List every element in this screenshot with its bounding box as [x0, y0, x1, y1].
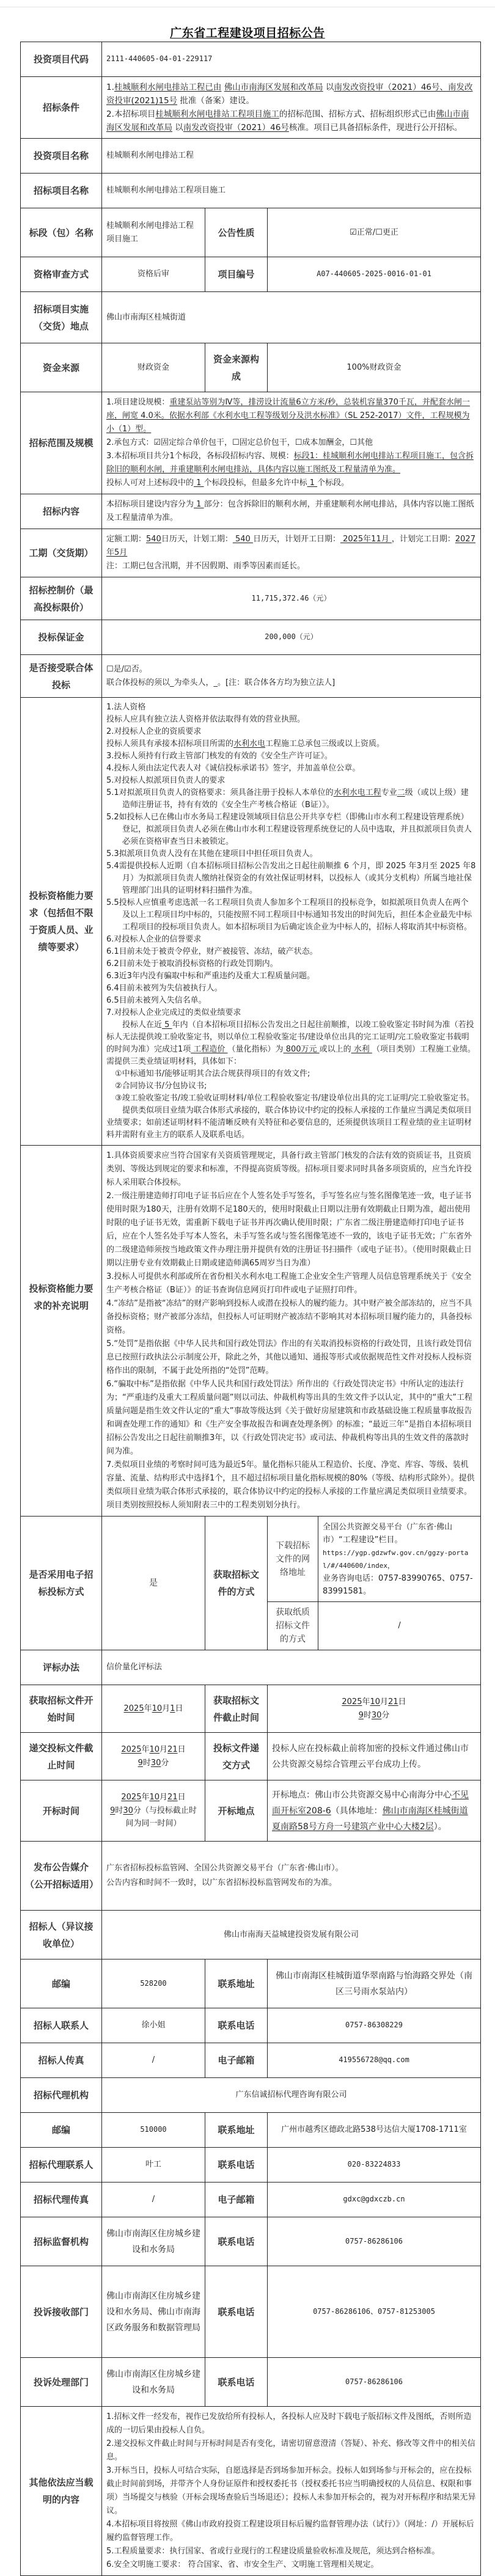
- value-complaint-recv-phone: 0757-86286106、0757-81253005: [268, 2266, 481, 2358]
- label-download-url: 下载招标文件的网络地址: [268, 1517, 318, 1602]
- row-other: 其他依法应当载明的内容 1.招标文件一经发布，视作已发放给所有投标人，各投标人应…: [21, 2407, 481, 2576]
- value-tender-name: 桂城顺利水闸电排站工程项目施工: [102, 174, 481, 208]
- value-agency-contact: 叶工: [102, 2148, 205, 2183]
- row-agency-fax: 招标代理传真 / 电子邮箱 gdxc@gdxczb.cn: [21, 2183, 481, 2217]
- value-review: 资格后审: [102, 257, 205, 292]
- label-conditions: 招标条件: [21, 77, 102, 139]
- label-location: 招标项目实施（交货）地点: [21, 292, 102, 343]
- label-funds-compose: 资金来源构成: [205, 343, 268, 392]
- row-conditions: 招标条件 1.桂城顺利水闸电排站工程已由 佛山市南海区发展和改革局 以南发改资投…: [21, 77, 481, 139]
- value-content: 本招标项目建设内容分为 1 部分：包含拆除旧的顺利水闸，并重建顺利水闸电排站，具…: [102, 494, 481, 529]
- value-complaint-handle: 佛山市南海区住房城乡建设和水务局: [102, 2358, 205, 2407]
- row-consortium: 是否接受联合体投标 ☐是/☑否。 联合体投标的须以_为牵头人，_。[注：联合体各…: [21, 655, 481, 698]
- row-agency-post: 邮编 510000 联系地址 广州市越秀区德政北路538号达信大厦1708-17…: [21, 2113, 481, 2148]
- row-qualification: 投标资格能力要求（包括但不限于资质人员、业绩等要求） 1.法人资格 投标人应具有…: [21, 698, 481, 1146]
- label-obtain-start: 获取招标文件开始时间: [21, 1685, 102, 1733]
- row-media: 发布公告媒介（公开招标适用） 广东省招标投标监管网、全国公共资源交易平台（广东省…: [21, 1842, 481, 1911]
- row-scope: 招标范围及规模 1.项目建设规模：重建泵站等别为Ⅳ等，排涝设计流量6立方米/秒，…: [21, 392, 481, 494]
- label-tenderer-addr: 联系地址: [205, 1959, 268, 2008]
- label-other: 其他依法应当载明的内容: [21, 2407, 102, 2576]
- value-tenderer: 佛山市南海天益城建投资发展有限公司: [102, 1911, 481, 1959]
- label-eval: 评标办法: [21, 1650, 102, 1685]
- label-paper-method: 获取纸质招标文件的方式: [268, 1602, 318, 1650]
- value-supervisor: 佛山市南海区住房城乡建设和水务局: [102, 2217, 205, 2266]
- top-bar: [0, 0, 495, 7]
- download-link[interactable]: https://ygp.gdzwfw.gov.cn/ggzy-portal/#/…: [323, 1546, 476, 1572]
- value-obtain-start: 2025年10月1日: [102, 1685, 205, 1733]
- value-electronic: 是: [102, 1517, 205, 1650]
- label-tenderer-post: 邮编: [21, 1959, 102, 2008]
- value-invest-name: 桂城顺利水闸电排站工程: [102, 139, 481, 174]
- row-agency-contact: 招标代理联系人 叶工 联系电话 020-83224833: [21, 2148, 481, 2183]
- label-obtain-method: 获取招标文件的方式: [205, 1517, 268, 1650]
- row-agency: 招标代理机构 广东信诚招标代理咨询有限公司: [21, 2078, 481, 2113]
- row-eval: 评标办法 信价量化评标法: [21, 1650, 481, 1685]
- label-complaint-handle: 投诉处理部门: [21, 2358, 102, 2407]
- label-submit: 递交投标文件截止时间: [21, 1733, 102, 1780]
- value-supervisor-phone: 0757-86286106: [268, 2217, 481, 2266]
- label-tenderer-email: 电子邮箱: [205, 2043, 268, 2078]
- row-tender-name: 招标项目名称 桂城顺利水闸电排站工程项目施工: [21, 174, 481, 208]
- label-qualification: 投标资格能力要求（包括但不限于资质人员、业绩等要求）: [21, 698, 102, 1146]
- label-tenderer-contact: 招标人联系人: [21, 2008, 102, 2043]
- row-content: 招标内容 本招标项目建设内容分为 1 部分：包含拆除旧的顺利水闸，并重建顺利水闸…: [21, 494, 481, 529]
- label-complaint-handle-phone: 联系电话: [205, 2358, 268, 2407]
- row-obtain-time: 获取招标文件开始时间 2025年10月1日 获取招标文件截止时间 2025年10…: [21, 1685, 481, 1733]
- row-section: 标段（包）名称 桂城顺利水闸电排站工程项目施工 公告性质 ☑正常/☐更正: [21, 208, 481, 257]
- value-opening-place: 开标地点：佛山市公共资源交易中心南海分中心不见面开标室208-6（具体地址：佛山…: [268, 1780, 481, 1842]
- row-deposit: 投标保证金 200,000（元）: [21, 620, 481, 655]
- row-opening: 开标时间 2025年10月21日 9时30分（与投标截止时间为同一时间） 开标地…: [21, 1780, 481, 1842]
- row-price: 招标控制价（最高投标限价） 11,715,372.46（元）: [21, 577, 481, 620]
- value-media: 广东省招标投标监管网、全国公共资源交易平台（广东省·佛山市）。 公告内容和时间不…: [102, 1842, 481, 1911]
- row-funds: 资金来源 财政资金 资金来源构成 100%财政资金: [21, 343, 481, 392]
- value-supplement: 1.具体资质要求应当符合国家有关资质管理规定，具备行政主管部门核发的合法有效的资…: [102, 1146, 481, 1517]
- value-section: 桂城顺利水闸电排站工程项目施工: [102, 208, 205, 257]
- value-tenderer-phone: 0757-86308229: [268, 2008, 481, 2043]
- value-agency-fax: /: [102, 2183, 205, 2217]
- value-opening: 2025年10月21日 9时30分（与投标截止时间为同一时间）: [102, 1780, 205, 1842]
- label-agency-post: 邮编: [21, 2113, 102, 2148]
- label-nature: 公告性质: [205, 208, 268, 257]
- value-agency-phone: 020-83224833: [268, 2148, 481, 2183]
- value-submit: 2025年10月21日 9时30分: [102, 1733, 205, 1780]
- label-electronic: 是否采用电子招标投标方式: [21, 1517, 102, 1650]
- value-deposit: 200,000（元）: [102, 620, 481, 655]
- value-tenderer-fax: /: [102, 2043, 205, 2078]
- label-complaint-recv: 投诉接收部门: [21, 2266, 102, 2358]
- value-tenderer-contact: 徐小姐: [102, 2008, 205, 2043]
- label-price: 招标控制价（最高投标限价）: [21, 577, 102, 620]
- value-funds-compose: 100%财政资金: [268, 343, 481, 392]
- label-opening-place: 开标地点: [205, 1780, 268, 1842]
- label-supplement: 投标资格能力要求的补充说明: [21, 1146, 102, 1517]
- value-tenderer-email[interactable]: 419556728@qq.com: [268, 2043, 481, 2078]
- row-supervisor: 招标监督机构 佛山市南海区住房城乡建设和水务局 联系电话 0757-862861…: [21, 2217, 481, 2266]
- label-period: 工期（交货期）: [21, 529, 102, 577]
- row-complaint-handle: 投诉处理部门 佛山市南海区住房城乡建设和水务局 联系电话 0757-862861…: [21, 2358, 481, 2407]
- label-section: 标段（包）名称: [21, 208, 102, 257]
- label-supervisor: 招标监督机构: [21, 2217, 102, 2266]
- value-obtain-end: 2025年10月21日 9时30分: [268, 1685, 481, 1733]
- notice-table: 投资项目代码 2111-440605-04-01-229117 招标条件 1.桂…: [20, 42, 481, 2576]
- value-eval: 信价量化评标法: [102, 1650, 481, 1685]
- value-qualification: 1.法人资格 投标人应具有独立法人资格并依法取得有效的营业执照。 2.对投标人企…: [102, 698, 481, 1146]
- label-agency-email: 电子邮箱: [205, 2183, 268, 2217]
- value-complaint-recv: 佛山市南海区住房城乡建设和水务局、佛山市南海区政务服务和数据管理局: [102, 2266, 205, 2358]
- value-conditions: 1.桂城顺利水闸电排站工程已由 佛山市南海区发展和改革局 以南发改资投审（202…: [102, 77, 481, 139]
- label-review: 资格审查方式: [21, 257, 102, 292]
- value-agency-addr: 广州市越秀区德政北路538号达信大厦1708-1711室: [268, 2113, 481, 2148]
- label-tender-name: 招标项目名称: [21, 174, 102, 208]
- row-period: 工期（交货期） 定额工期：540日历天，计划工期： 540 日历天，计划开工日期…: [21, 529, 481, 577]
- label-obtain-end: 获取招标文件截止时间: [205, 1685, 268, 1733]
- row-tenderer-contact: 招标人联系人 徐小姐 联系电话 0757-86308229: [21, 2008, 481, 2043]
- value-invest-code: 2111-440605-04-01-229117: [102, 42, 481, 77]
- value-tenderer-post: 528200: [102, 1959, 205, 2008]
- label-deposit: 投标保证金: [21, 620, 102, 655]
- value-agency: 广东信诚招标代理咨询有限公司: [102, 2078, 481, 2113]
- label-agency: 招标代理机构: [21, 2078, 102, 2113]
- label-media: 发布公告媒介（公开招标适用）: [21, 1842, 102, 1911]
- value-tenderer-addr: 佛山市南海区桂城街道华翠南路与怡海路交界处（南区三号雨水泵站内）: [268, 1959, 481, 2008]
- row-complaint-recv: 投诉接收部门 佛山市南海区住房城乡建设和水务局、佛山市南海区政务服务和数据管理局…: [21, 2266, 481, 2358]
- value-price: 11,715,372.46（元）: [102, 577, 481, 620]
- label-agency-fax: 招标代理传真: [21, 2183, 102, 2217]
- row-electronic-a: 是否采用电子招标投标方式 是 获取招标文件的方式 下载招标文件的网络地址 全国公…: [21, 1517, 481, 1602]
- label-opening: 开标时间: [21, 1780, 102, 1842]
- label-complaint-recv-phone: 联系电话: [205, 2266, 268, 2358]
- label-agency-addr: 联系地址: [205, 2113, 268, 2148]
- value-location: 佛山市南海区桂城街道: [102, 292, 481, 343]
- label-scope: 招标范围及规模: [21, 392, 102, 494]
- value-complaint-handle-phone: 0757-86286106: [268, 2358, 481, 2407]
- row-invest-code: 投资项目代码 2111-440605-04-01-229117: [21, 42, 481, 77]
- value-agency-post: 510000: [102, 2113, 205, 2148]
- label-content: 招标内容: [21, 494, 102, 529]
- value-nature: ☑正常/☐更正: [268, 208, 481, 257]
- label-consortium: 是否接受联合体投标: [21, 655, 102, 698]
- row-review: 资格审查方式 资格后审 项目编号 A07-440605-2025-0016-01…: [21, 257, 481, 292]
- value-scope: 1.项目建设规模：重建泵站等别为Ⅳ等，排涝设计流量6立方米/秒，总装机容量370…: [102, 392, 481, 494]
- label-tenderer-phone: 联系电话: [205, 2008, 268, 2043]
- value-submit-method: 投标人应在投标截止前将加密的投标文件通过佛山市公共资源交易综合管理云平台成功上传…: [268, 1733, 481, 1780]
- row-supplement: 投标资格能力要求的补充说明 1.具体资质要求应当符合国家有关资质管理规定，具备行…: [21, 1146, 481, 1517]
- label-funds: 资金来源: [21, 343, 102, 392]
- label-agency-phone: 联系电话: [205, 2148, 268, 2183]
- value-download-url: 全国公共资源交易平台（广东省·佛山市）“工程建设”栏目。 https://ygp…: [318, 1517, 481, 1602]
- page-title: 广东省工程建设项目招标公告: [0, 26, 495, 40]
- row-location: 招标项目实施（交货）地点 佛山市南海区桂城街道: [21, 292, 481, 343]
- row-submit: 递交投标文件截止时间 2025年10月21日 9时30分 投标文件递交方式 投标…: [21, 1733, 481, 1780]
- label-supervisor-phone: 联系电话: [205, 2217, 268, 2266]
- value-funds: 财政资金: [102, 343, 205, 392]
- label-tenderer: 招标人（异议接收单位）: [21, 1911, 102, 1959]
- value-paper-method: /: [318, 1602, 481, 1650]
- label-project-code: 项目编号: [205, 257, 268, 292]
- label-submit-method: 投标文件递交方式: [205, 1733, 268, 1780]
- value-agency-email[interactable]: gdxc@gdxczb.cn: [268, 2183, 481, 2217]
- label-invest-name: 投资项目名称: [21, 139, 102, 174]
- label-invest-code: 投资项目代码: [21, 42, 102, 77]
- label-agency-contact: 招标代理联系人: [21, 2148, 102, 2183]
- label-tenderer-fax: 招标人传真: [21, 2043, 102, 2078]
- row-tenderer: 招标人（异议接收单位） 佛山市南海天益城建投资发展有限公司: [21, 1911, 481, 1959]
- value-consortium: ☐是/☑否。 联合体投标的须以_为牵头人，_。[注：联合体各方均为独立法人]: [102, 655, 481, 698]
- value-other: 1.招标文件一经发布，视作已发放给所有投标人，各投标人应及时下载电子版招标文件及…: [102, 2407, 481, 2576]
- row-tenderer-fax: 招标人传真 / 电子邮箱 419556728@qq.com: [21, 2043, 481, 2078]
- row-invest-name: 投资项目名称 桂城顺利水闸电排站工程: [21, 139, 481, 174]
- row-tenderer-post: 邮编 528200 联系地址 佛山市南海区桂城街道华翠南路与怡海路交界处（南区三…: [21, 1959, 481, 2008]
- value-project-code: A07-440605-2025-0016-01-01: [268, 257, 481, 292]
- value-period: 定额工期：540日历天，计划工期： 540 日历天，计划开工日期： 2025年1…: [102, 529, 481, 577]
